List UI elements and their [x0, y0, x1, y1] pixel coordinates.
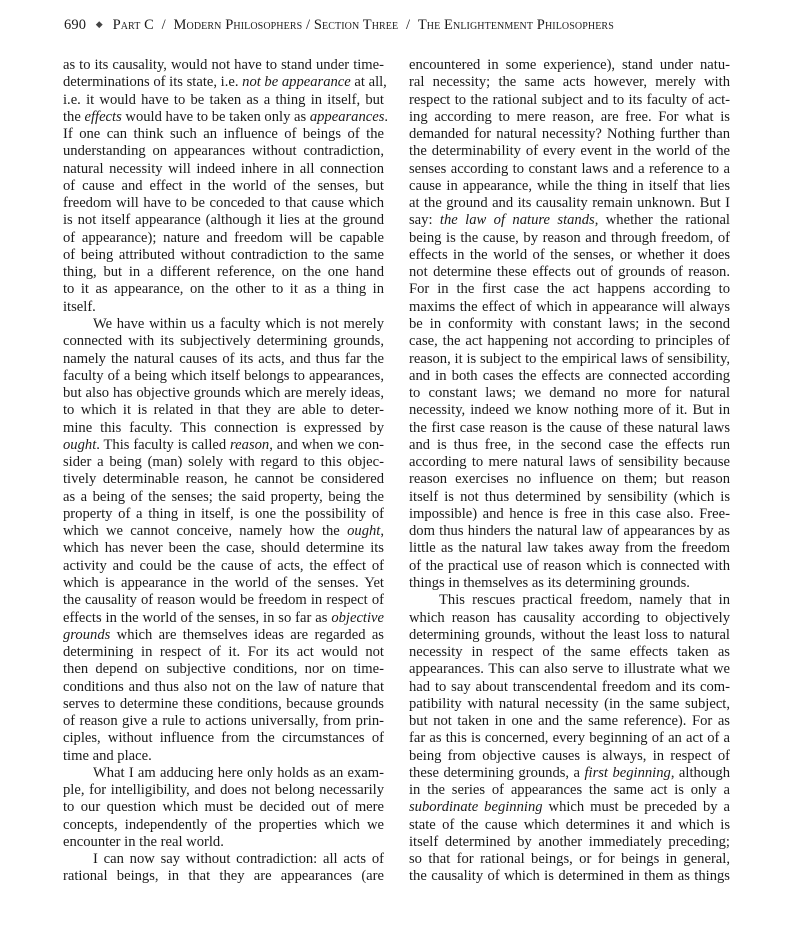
text-line: to it as appearance, on the other to it … — [63, 281, 384, 298]
text-line: to which it is related in that they are … — [63, 402, 384, 419]
text-line: tively determinable reason, he cannot be… — [63, 471, 384, 488]
header-section-three: Section Three — [314, 17, 398, 33]
text-line: namely the natural causes of its acts, a… — [63, 351, 384, 368]
text-line: state of the cause which determines it a… — [409, 817, 730, 834]
text-line: natural necessity will indeed inhere in … — [63, 161, 384, 178]
text-line: respect to the rational subject and to i… — [409, 92, 730, 109]
text-line: and in both cases the effects are connec… — [409, 368, 730, 385]
left-text-column: as to its causality, would not have to s… — [63, 57, 384, 886]
text-line: mine this faculty. This connection is ex… — [63, 420, 384, 437]
text-line: subordinate beginning which must be prec… — [409, 799, 730, 816]
right-text-column: encountered in some experience), stand u… — [409, 57, 730, 886]
text-line: understanding on appearances without con… — [63, 143, 384, 160]
text-line: determining grounds, without the least l… — [409, 627, 730, 644]
text-line: conditions and thus also not on the law … — [63, 679, 384, 696]
text-line: but also has objective grounds which are… — [63, 385, 384, 402]
text-line: connected with its subjectively determin… — [63, 333, 384, 350]
text-line: as a being of the senses; the said prope… — [63, 489, 384, 506]
text-line: say: the law of nature stands, whether t… — [409, 212, 730, 229]
text-line: be in conformity with constant laws; in … — [409, 316, 730, 333]
header-separator: / — [406, 17, 410, 33]
text-line: impossible) and hence is free in this ca… — [409, 506, 730, 523]
text-line: then depend on subjective conditions, no… — [63, 661, 384, 678]
text-line: activity and could be the cause of acts,… — [63, 558, 384, 575]
text-line: and is thus free, in the second case the… — [409, 437, 730, 454]
text-line: rational beings, in that they are appear… — [63, 868, 384, 885]
text-line: of appearance); nature and freedom will … — [63, 230, 384, 247]
text-line: What I am adducing here only holds as an… — [63, 765, 384, 782]
page-number: 690 — [64, 17, 86, 33]
text-line: of being attributed without contradictio… — [63, 247, 384, 264]
text-line: sider a being (man) solely with regard t… — [63, 454, 384, 471]
text-line: ciples, without influence from the circu… — [63, 730, 384, 747]
text-line: little as the natural law takes away fro… — [409, 540, 730, 557]
text-line: time and place. — [63, 748, 384, 765]
header-section-modern-philosophers: Modern Philosophers — [174, 17, 303, 33]
text-line: For in the first case the act happens ac… — [409, 281, 730, 298]
text-line: itself determined by another immediately… — [409, 834, 730, 851]
text-line: itself. — [63, 299, 384, 316]
text-line: to our question which must be decided ou… — [63, 799, 384, 816]
text-line: according to mere natural laws of sensib… — [409, 454, 730, 471]
text-line: reason, it is subject to the empirical l… — [409, 351, 730, 368]
text-line: senses according to constant laws and a … — [409, 161, 730, 178]
text-line: the effects would have to be taken only … — [63, 109, 384, 126]
header-separator: / — [162, 17, 166, 33]
text-line: appearances. This can also serve to illu… — [409, 661, 730, 678]
text-line: concepts, independently of the propertie… — [63, 817, 384, 834]
text-line: maxims the effect of which in appearance… — [409, 299, 730, 316]
text-line: effects in the world of the senses, in s… — [63, 610, 384, 627]
text-line: being is the cause, by reason and throug… — [409, 230, 730, 247]
text-line: patibility with natural necessity (in th… — [409, 696, 730, 713]
header-part: Part C — [113, 17, 154, 33]
text-line: of cause and effect in the world of the … — [63, 178, 384, 195]
running-header: 690 ◆ Part C / Modern Philosophers / Sec… — [64, 17, 614, 34]
text-line: dom thus hinders the natural law of appe… — [409, 523, 730, 540]
text-line: of the practical use of reason which is … — [409, 558, 730, 575]
text-line: which is appearance in the world of the … — [63, 575, 384, 592]
text-line: encountered in some experience), stand u… — [409, 57, 730, 74]
text-line: ple, for intelligibility, and does not b… — [63, 782, 384, 799]
text-line: thing, but in a different reference, on … — [63, 264, 384, 281]
text-line: demanded for natural necessity? Nothing … — [409, 126, 730, 143]
text-line: had to say about transcendental freedom … — [409, 679, 730, 696]
text-line: the determinability of every event in th… — [409, 143, 730, 160]
text-line: necessity in respect of the same effects… — [409, 644, 730, 661]
text-line: faculty of a being which itself belongs … — [63, 368, 384, 385]
text-line: This rescues practical freedom, namely t… — [409, 592, 730, 609]
text-line: I can now say without contradiction: all… — [63, 851, 384, 868]
text-line: which we cannot conceive, namely how the… — [63, 523, 384, 540]
text-line: the first case reason is the cause of th… — [409, 420, 730, 437]
header-separator: / — [306, 17, 310, 33]
text-line: is not itself appearance (although it li… — [63, 212, 384, 229]
text-line: cause in appearance, while the thing in … — [409, 178, 730, 195]
text-line: We have within us a faculty which is not… — [63, 316, 384, 333]
text-line: necessity, indeed we know nothing more o… — [409, 402, 730, 419]
text-line: things in themselves as its determining … — [409, 575, 730, 592]
diamond-ornament-icon: ◆ — [96, 19, 103, 30]
text-line: ought. This faculty is called reason, an… — [63, 437, 384, 454]
text-line: being from objective causes is always, i… — [409, 748, 730, 765]
text-line: serves to determine these conditions, be… — [63, 696, 384, 713]
text-line: grounds which are themselves ideas are r… — [63, 627, 384, 644]
text-line: determinations of its state, i.e. not be… — [63, 74, 384, 91]
text-line: encounter in the real world. — [63, 834, 384, 851]
text-line: i.e. it would have to be taken as a thin… — [63, 92, 384, 109]
text-line: case, the act happening not according to… — [409, 333, 730, 350]
text-line: ral necessity; the same acts however, me… — [409, 74, 730, 91]
text-line: freedom will have to be conceded to that… — [63, 195, 384, 212]
text-line: itself is not thus determined by sensibi… — [409, 489, 730, 506]
text-line: the causality of reason would be freedom… — [63, 592, 384, 609]
text-line: of reason give a rule to actions univers… — [63, 713, 384, 730]
text-line: property of a thing in itself, is one th… — [63, 506, 384, 523]
text-line: at the ground and its causality remain u… — [409, 195, 730, 212]
text-line: If one can think such an influence of be… — [63, 126, 384, 143]
text-line: in the series of appearances the same ac… — [409, 782, 730, 799]
text-line: not determine these effects out of groun… — [409, 264, 730, 281]
text-line: but not taken in one and the same refere… — [409, 713, 730, 730]
text-line: reason exercises no influence on them; b… — [409, 471, 730, 488]
text-line: the causality of which is determined in … — [409, 868, 730, 885]
text-line: determining in respect of it. For its ac… — [63, 644, 384, 661]
text-line: effects in the world of the senses, or w… — [409, 247, 730, 264]
text-line: as to its causality, would not have to s… — [63, 57, 384, 74]
text-line: which has never been the case, should de… — [63, 540, 384, 557]
text-line: which reason has causality according to … — [409, 610, 730, 627]
text-line: to constant laws; we demand no more for … — [409, 385, 730, 402]
text-line: far as this is concerned, every beginnin… — [409, 730, 730, 747]
text-line: so that for rational beings, or for bein… — [409, 851, 730, 868]
header-enlightenment-philosophers: The Enlightenment Philosophers — [418, 17, 614, 33]
text-line: ing according to mere reason, are free. … — [409, 109, 730, 126]
text-line: these determining grounds, a first begin… — [409, 765, 730, 782]
